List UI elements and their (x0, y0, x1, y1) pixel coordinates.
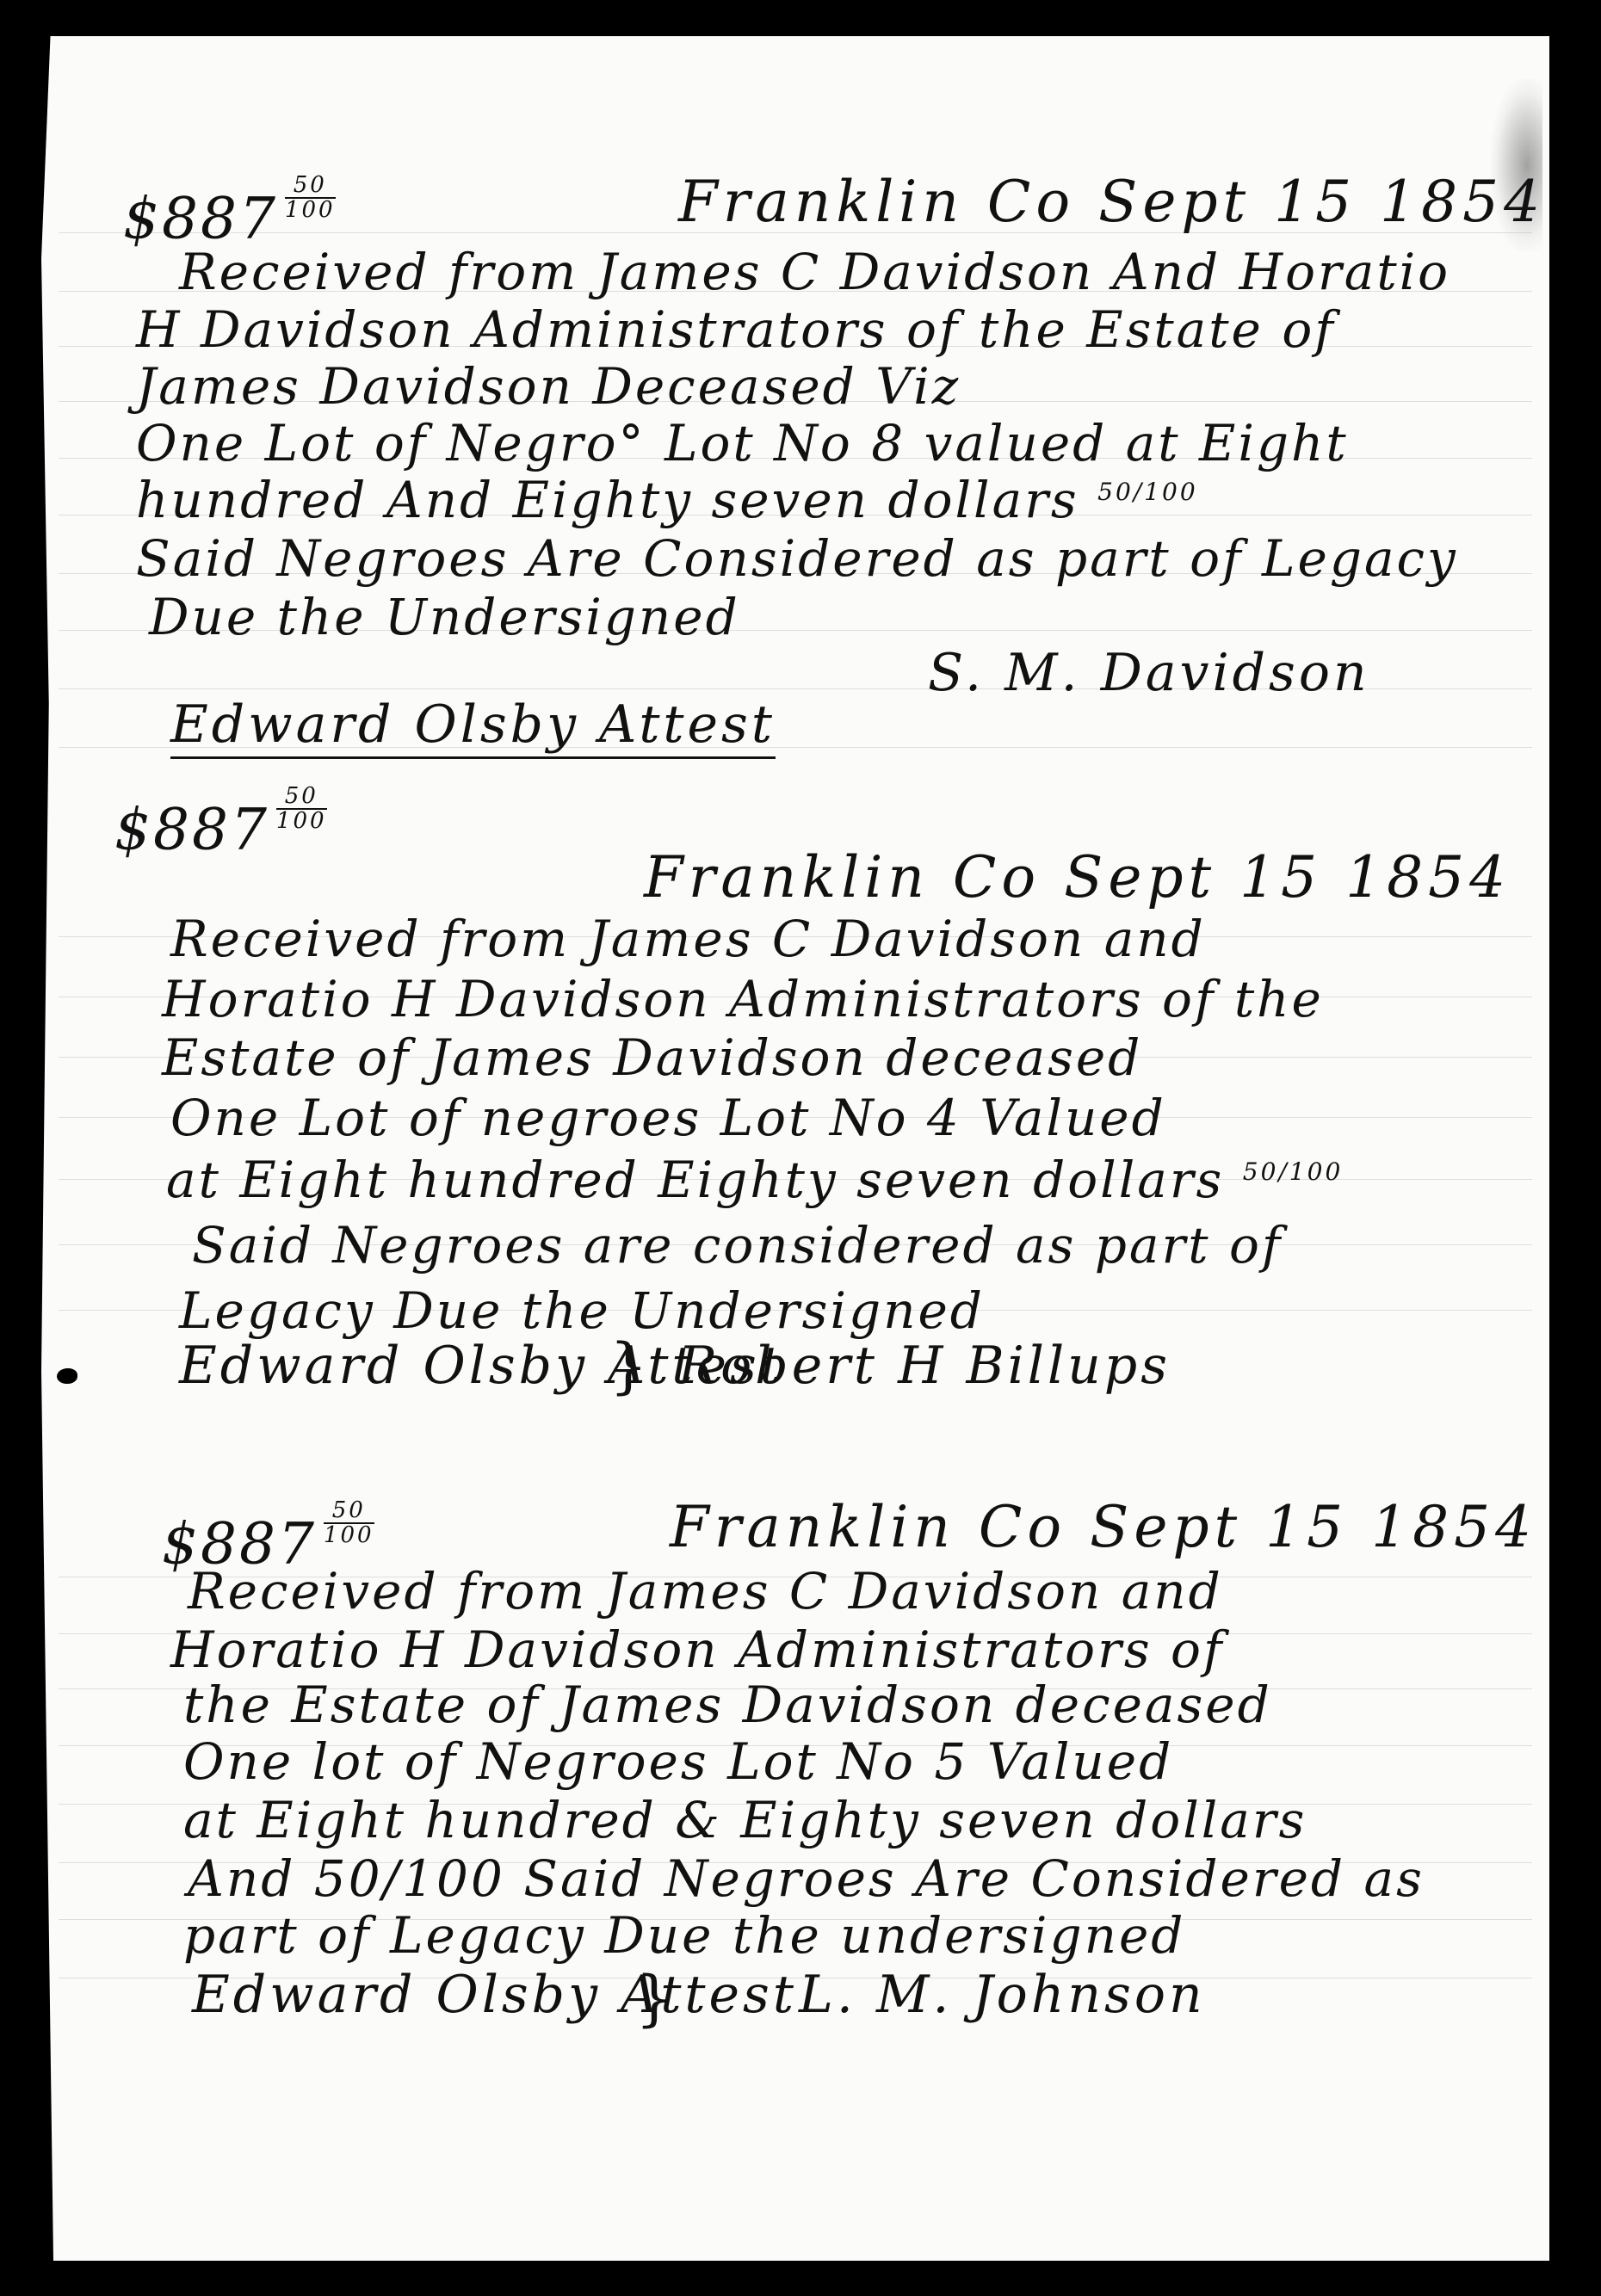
brace-mark: } (609, 1336, 651, 1396)
receipt-line: Said Negroes are considered as part of (192, 1220, 1283, 1270)
receipt-line: Received from James C Davidson and (170, 914, 1206, 964)
receipt-line: Received from James C Davidson And Horat… (179, 247, 1450, 297)
amount-cents-fraction: 50100 (324, 1499, 374, 1548)
receipt-amount: $88750100 (123, 174, 336, 247)
signature: Robert H Billups (678, 1340, 1171, 1392)
amount-dollars: $887 (123, 185, 278, 251)
ink-blot (57, 1368, 77, 1384)
cents-numerator: 50 (324, 1499, 374, 1524)
signature: L. M. Johnson (799, 1969, 1206, 2021)
brace-mark: } (635, 1968, 677, 2028)
receipt-line: Estate of James Davidson deceased (162, 1033, 1142, 1083)
receipt-line: And 50/100 Said Negroes Are Considered a… (188, 1854, 1425, 1904)
receipt-line: Said Negroes Are Considered as part of L… (136, 534, 1458, 583)
place-date: Franklin Co Sept 15 1854 (670, 1499, 1536, 1556)
receipt-line: Horatio H Davidson Administrators of the (162, 974, 1324, 1024)
receipt-line: Horatio H Davidson Administrators of (170, 1625, 1224, 1675)
signature: S. M. Davidson (928, 647, 1370, 699)
receipt-line: at Eight hundred Eighty seven dollars 50… (166, 1155, 1343, 1205)
place-date: Franklin Co Sept 15 1854 (644, 849, 1511, 906)
place-date: Franklin Co Sept 15 1854 (678, 174, 1545, 231)
attest-line: Edward Olsby Attest (170, 699, 776, 750)
amount-cents-fraction: 50100 (276, 785, 327, 834)
receipt-amount: $88750100 (114, 785, 327, 858)
receipt-line-text: hundred And Eighty seven dollars (136, 471, 1079, 529)
receipt-line: One Lot of Negro° Lot No 8 valued at Eig… (136, 418, 1349, 468)
cents-fraction: 50/100 (1243, 1157, 1344, 1186)
receipt-line: at Eight hundred & Eighty seven dollars (183, 1795, 1307, 1845)
receipt-line: hundred And Eighty seven dollars 50/100 (136, 475, 1198, 525)
cents-denominator: 100 (324, 1524, 374, 1547)
document-page: $88750100 Franklin Co Sept 15 1854 Recei… (41, 36, 1549, 2261)
cents-numerator: 50 (276, 785, 327, 810)
receipt-line: Due the Undersigned (149, 592, 740, 642)
receipt-line: part of Legacy Due the undersigned (183, 1910, 1185, 1960)
receipt-line: James Davidson Deceased Viz (136, 361, 961, 411)
attest-text: Edward Olsby Attest (170, 694, 776, 759)
cents-fraction: 50/100 (1097, 478, 1198, 506)
receipt-line: One Lot of negroes Lot No 4 Valued (170, 1093, 1166, 1143)
receipt-line: Received from James C Davidson and (188, 1566, 1223, 1616)
receipt-line: H Davidson Administrators of the Estate … (136, 305, 1336, 355)
receipt-line: Legacy Due the Undersigned (179, 1286, 985, 1336)
cents-denominator: 100 (285, 199, 336, 222)
cents-numerator: 50 (285, 174, 336, 199)
attest-line: Edward Olsby Attest (192, 1969, 797, 2021)
amount-dollars: $887 (114, 796, 269, 862)
receipt-line: the Estate of James Davidson deceased (183, 1680, 1272, 1730)
amount-cents-fraction: 50100 (285, 174, 336, 223)
cents-denominator: 100 (276, 810, 327, 833)
receipt-line: One lot of Negroes Lot No 5 Valued (183, 1737, 1173, 1787)
receipt-line-text: James Davidson Deceased Viz (136, 357, 961, 416)
receipt-line-text: at Eight hundred Eighty seven dollars (166, 1151, 1224, 1209)
